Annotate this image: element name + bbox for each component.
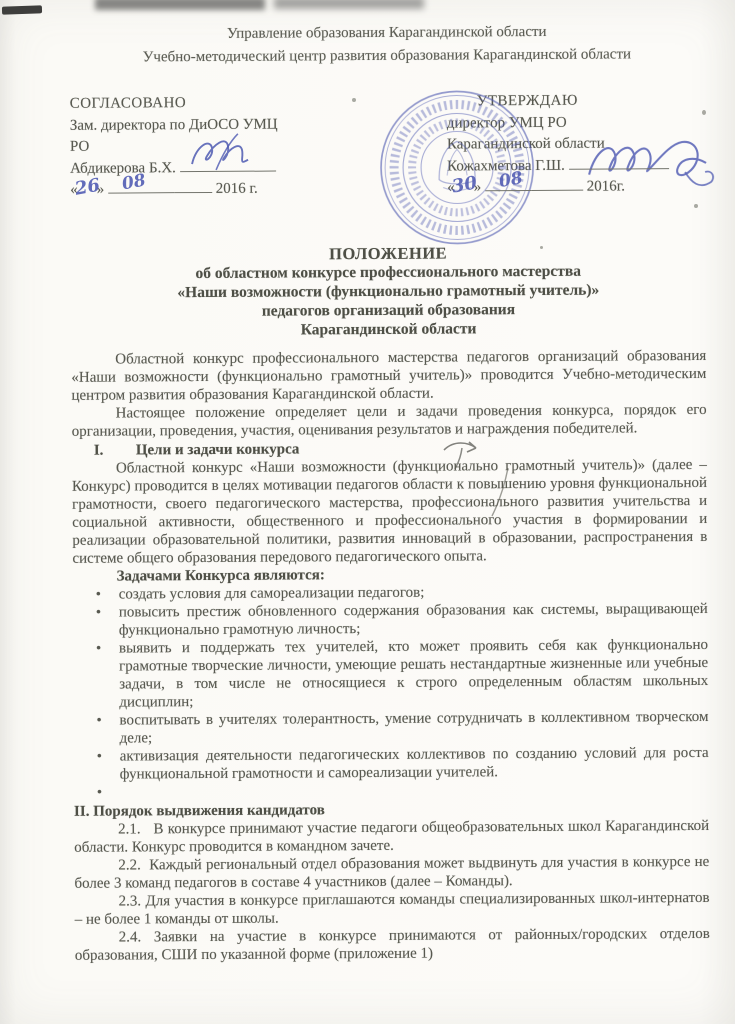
task-item: выявить и поддержать тех учителей, кто м… (119, 635, 708, 711)
agreed-label: СОГЛАСОВАНО (70, 92, 375, 115)
scanned-document-page: Управление образования Карагандинской об… (0, 0, 735, 1024)
task-item-empty (120, 779, 709, 801)
signature-line (569, 155, 669, 170)
handwritten-month: 08 (499, 178, 522, 182)
header-org-line2: Учебно-методический центр развития образ… (69, 43, 704, 70)
approve-date-line: «30» 08 2016г. (447, 176, 705, 199)
intro-paragraph-1: Областной конкурс профессионального маст… (71, 346, 706, 404)
handwritten-month: 08 (122, 180, 145, 184)
section1-number: I. (94, 441, 136, 459)
section2-item: 2.2. Каждый региональный отдел образован… (74, 852, 709, 892)
agreed-date-line: «26» 08 2016 г. (70, 178, 375, 201)
date-filler-line (174, 179, 212, 193)
approve-name-line: Кожахметова Г.Ш. (447, 154, 705, 177)
section2-item: 2.4. Заявки на участие в конкурсе приним… (75, 924, 710, 964)
handwritten-day: 30 (452, 183, 477, 188)
signature-left (183, 131, 261, 171)
document-title: ПОЛОЖЕНИЕ об областном конкурсе професси… (71, 241, 707, 340)
date-month-line: 08 (485, 177, 531, 191)
handwritten-day: 26 (75, 185, 100, 190)
agreed-name-line: Абдикерова Б.Х. (70, 156, 375, 179)
agreed-block: СОГЛАСОВАНО Зам. директора по ДиОСО УМЦ … (70, 92, 376, 201)
document-header: Управление образования Карагандинской об… (69, 20, 704, 70)
approve-block: УТВЕРЖДАЮ директор УМЦ РО Карагандинской… (447, 90, 706, 199)
title-line: Карагандинской области (71, 317, 706, 340)
approval-row: СОГЛАСОВАНО Зам. директора по ДиОСО УМЦ … (70, 90, 706, 201)
task-item: активизация деятельности педагогических … (120, 743, 709, 783)
section1-heading-text: Цели и задачи конкурса (136, 441, 300, 458)
approve-role-line2: Карагандинской области (447, 133, 705, 156)
section2-item: 2.1. В конкурсе принимают участие педаго… (74, 816, 709, 856)
date-month-line: 08 (108, 179, 174, 193)
section1-body: Областной конкурс «Наши возможности (фун… (72, 455, 708, 567)
approve-role-line1: директор УМЦ РО (447, 111, 705, 134)
intro-paragraph-2: Настоящее положение определяет цели и за… (72, 400, 707, 440)
signature-line (180, 157, 276, 172)
section2-item: 2.3. Для участия в конкурсе приглашаются… (75, 888, 710, 928)
task-item: повысить престиж обновленного содержания… (119, 599, 708, 639)
tasks-list: создать условия для самореализации педаг… (73, 581, 709, 801)
document-body: Областной конкурс профессионального маст… (71, 346, 710, 964)
approve-label: УТВЕРЖДАЮ (477, 90, 705, 113)
date-filler-line (531, 177, 583, 191)
document-content: Управление образования Карагандинской об… (0, 0, 735, 965)
year-label: 2016г. (587, 178, 625, 194)
year-label: 2016 г. (216, 181, 258, 197)
task-item: воспитывать в учителях толерантность, ум… (119, 707, 708, 747)
